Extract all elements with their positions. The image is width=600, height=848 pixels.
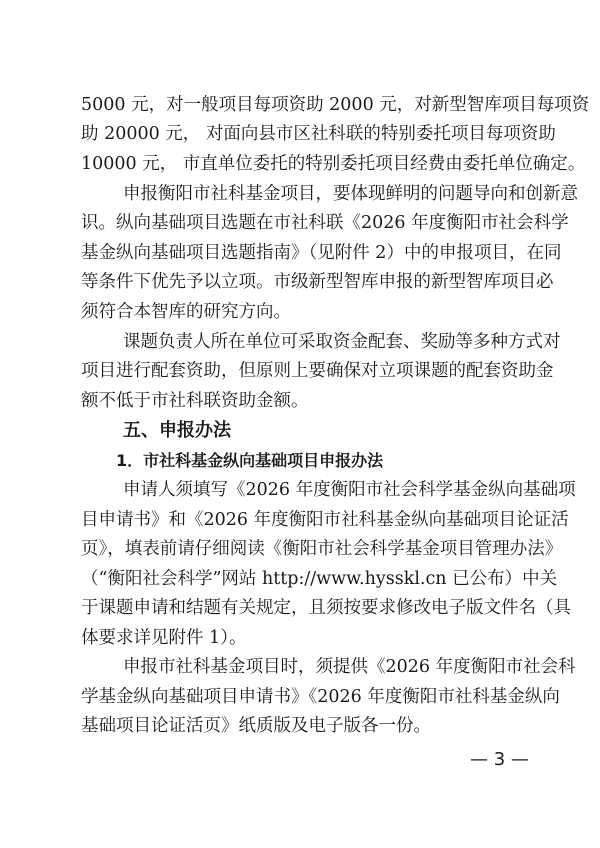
paragraph-line: 基金纵向基础项目选题指南》（见附件 2）中的申报项目，在同 (81, 241, 521, 265)
page-number: — 3 — (470, 748, 529, 772)
document-page: 5000 元，对一般项目每项资助 2000 元，对新型智库项目每项资 助 200… (0, 0, 600, 848)
paragraph-line: 识。纵向基础项目选题在市社科联《2026 年度衡阳市社会科学 (81, 211, 521, 235)
paragraph-line: 学基金纵向基础项目申请书》《2026 年度衡阳市社科基金纵向 (81, 685, 521, 709)
paragraph-line: （“衡阳社会科学”网站 http://www.hysskl.cn 已公布）中关 (81, 567, 521, 591)
paragraph-line: 于课题申请和结题有关规定，且须按要求修改电子版文件名（具 (81, 596, 521, 620)
paragraph-line: 基础项目论证活页》纸质版及电子版各一份。 (81, 714, 521, 738)
paragraph-line: 助 20000 元， 对面向县市区社科联的特别委托项目每项资助 (81, 122, 521, 146)
paragraph-line: 等条件下优先予以立项。市级新型智库申报的新型智库项目必 (81, 270, 521, 294)
paragraph-line: 项目进行配套资助，但原则上要确保对立项课题的配套资助金 (81, 359, 521, 383)
paragraph-line: 额不低于市社科联资助金额。 (81, 389, 521, 413)
paragraph-line: 目申请书》和《2026 年度衡阳市社科基金纵向基础项目论证活 (81, 508, 521, 532)
paragraph-line: 申报市社科基金项目时，须提供《2026 年度衡阳市社会科 (123, 655, 521, 679)
paragraph-line: 申报衡阳市社科基金项目，要体现鲜明的问题导向和创新意 (123, 182, 521, 206)
paragraph-line: 页》，填表前请仔细阅读《衡阳市社会科学基金项目管理办法》 (81, 537, 521, 561)
paragraph-line: 须符合本智库的研究方向。 (81, 300, 521, 324)
paragraph-line: 10000 元， 市直单位委托的特别委托项目经费由委托单位确定。 (81, 152, 521, 176)
paragraph-line: 申请人须填写《2026 年度衡阳市社会科学基金纵向基础项 (123, 478, 521, 502)
subsection-heading: 1．市社科基金纵向基础项目申报办法 (116, 449, 383, 473)
paragraph-line: 课题负责人所在单位可采取资金配套、奖励等多种方式对 (123, 330, 521, 354)
paragraph-line: 5000 元，对一般项目每项资助 2000 元，对新型智库项目每项资 (81, 93, 521, 117)
section-heading: 五、申报办法 (123, 419, 231, 443)
paragraph-line: 体要求详见附件 1）。 (81, 626, 521, 650)
